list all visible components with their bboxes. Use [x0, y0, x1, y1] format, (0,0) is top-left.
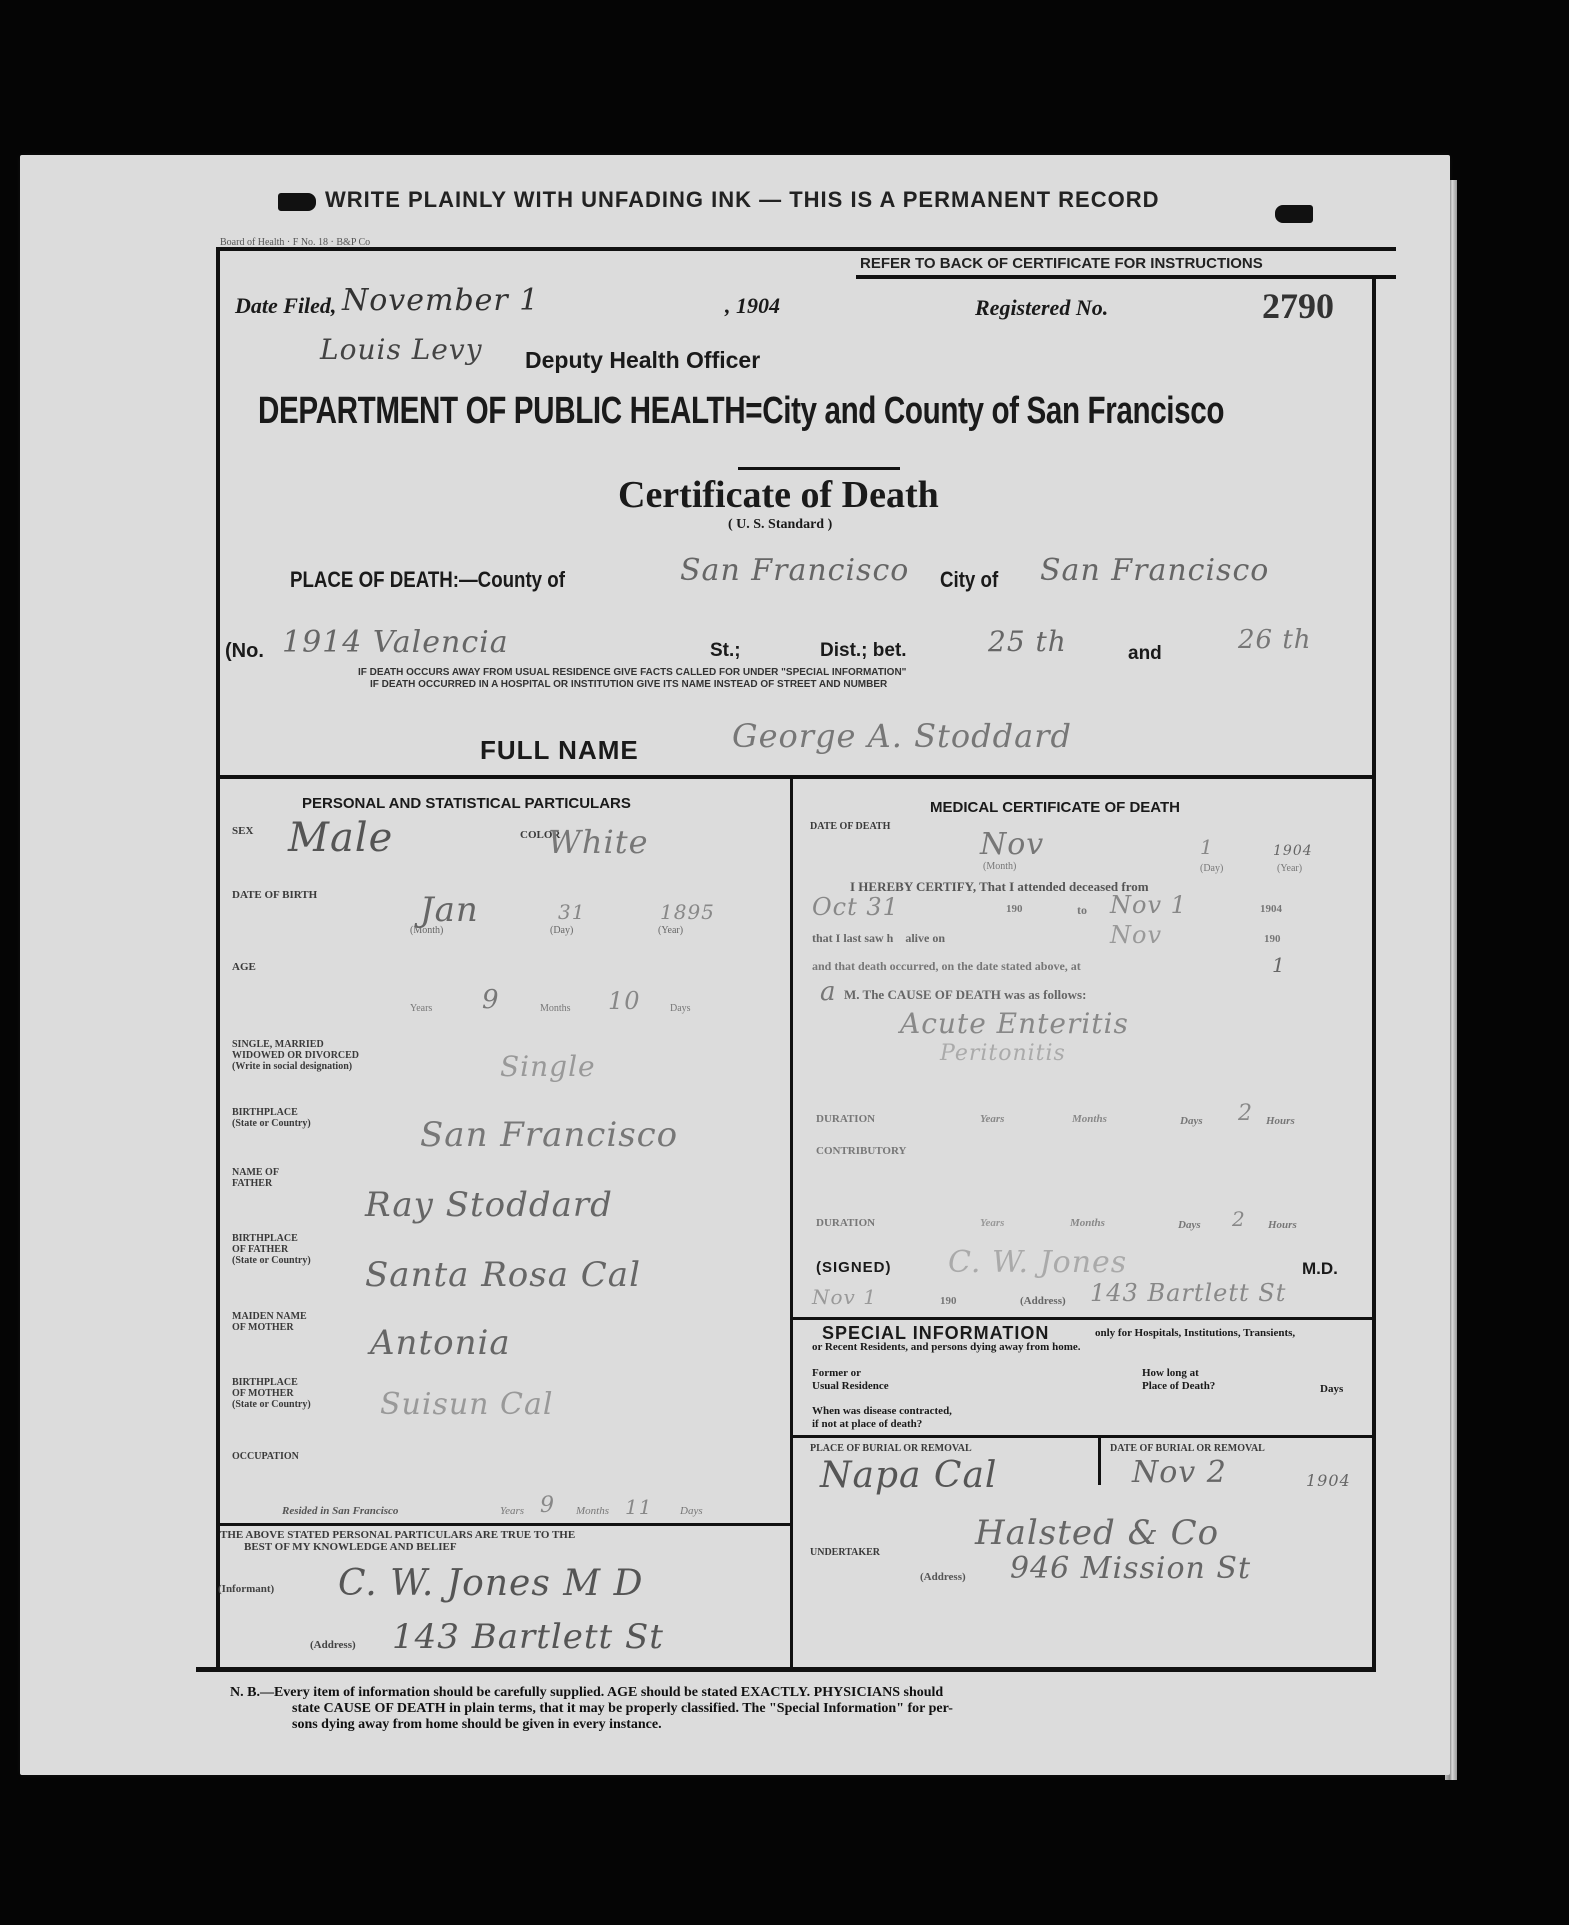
- department-name: DEPARTMENT OF PUBLIC HEALTH: [258, 390, 745, 432]
- mother-birthplace-label-line-1: BIRTHPLACE: [232, 1377, 311, 1388]
- place-note: IF DEATH OCCURS AWAY FROM USUAL RESIDENC…: [358, 667, 906, 691]
- father-birthplace-value: Santa Rosa Cal: [365, 1255, 641, 1295]
- father-name-label: NAME OF FATHER: [232, 1167, 279, 1189]
- burial-place-value: Napa Cal: [820, 1455, 997, 1496]
- former-residence-label-line-1: Former or: [812, 1367, 889, 1380]
- how-long-label-line-2: Place of Death?: [1142, 1380, 1215, 1393]
- date-filed-value: November 1: [342, 283, 539, 318]
- signed-value: C. W. Jones: [948, 1245, 1127, 1280]
- occupation-label: OCCUPATION: [232, 1451, 299, 1463]
- dod-month: Nov: [980, 827, 1044, 862]
- column-divider: [790, 777, 793, 1667]
- special-heading-note: only for Hospitals, Institutions, Transi…: [1095, 1327, 1295, 1339]
- occurred-text: and that death occurred, on the date sta…: [812, 959, 1081, 974]
- age-months-caption: Months: [540, 1003, 571, 1014]
- certificate-title: Certificate of Death: [618, 473, 939, 517]
- duration-label: DURATION: [816, 1113, 875, 1125]
- resided-label: Resided in San Francisco: [282, 1505, 398, 1517]
- resided-months-caption: Months: [576, 1505, 609, 1517]
- undertaker-value: Halsted & Co: [975, 1513, 1219, 1553]
- resided-months: 11: [625, 1495, 652, 1519]
- footer-note-line-2: state CAUSE OF DEATH in plain terms, tha…: [230, 1701, 953, 1717]
- county-value: San Francisco: [680, 553, 909, 588]
- city-label: City of: [940, 567, 998, 593]
- city-value: San Francisco: [1040, 553, 1269, 588]
- duration-months-caption: Months: [1072, 1113, 1107, 1125]
- attended-to: Nov 1: [1110, 891, 1187, 919]
- registered-number: 2790: [1262, 285, 1334, 327]
- dod-day-caption: (Day): [1200, 863, 1223, 874]
- last-saw-value: Nov: [1110, 921, 1162, 949]
- signed-address-label: (Address): [1020, 1295, 1066, 1307]
- duration-days-caption: Days: [1180, 1115, 1203, 1127]
- resided-years-caption: Years: [500, 1505, 524, 1517]
- signed-address-value: 143 Bartlett St: [1090, 1279, 1286, 1307]
- age-label: AGE: [232, 961, 256, 973]
- affirm-text: THE ABOVE STATED PERSONAL PARTICULARS AR…: [220, 1529, 575, 1553]
- duration-years-caption: Years: [980, 1113, 1004, 1125]
- medical-heading: MEDICAL CERTIFICATE OF DEATH: [930, 799, 1180, 816]
- contrib-days-caption: Days: [1178, 1219, 1201, 1231]
- between-street-2: 26 th: [1238, 625, 1312, 655]
- days-label: Days: [1320, 1383, 1343, 1395]
- mother-name-value: Antonia: [370, 1323, 511, 1363]
- father-birthplace-label: BIRTHPLACE OF FATHER (State or Country): [232, 1233, 311, 1266]
- undertaker-address-value: 946 Mission St: [1010, 1551, 1251, 1586]
- full-name-value: George A. Stoddard: [732, 717, 1072, 755]
- cause-text: M. The CAUSE OF DEATH was as follows:: [844, 987, 1086, 1003]
- date-filed-label: Date Filed,: [235, 293, 336, 319]
- death-certificate-page: WRITE PLAINLY WITH UNFADING INK — THIS I…: [20, 155, 1450, 1775]
- dob-label: DATE OF BIRTH: [232, 889, 317, 901]
- affirm-line-1: THE ABOVE STATED PERSONAL PARTICULARS AR…: [220, 1529, 575, 1541]
- last-saw-year: 190: [1264, 933, 1281, 945]
- frame-bottom: [196, 1667, 1376, 1672]
- burial-year-value: 1904: [1306, 1471, 1351, 1490]
- dod-label: DATE OF DEATH: [810, 821, 890, 833]
- between-street-1: 25 th: [988, 625, 1067, 658]
- registered-label: Registered No.: [975, 295, 1108, 321]
- md-label: M.D.: [1302, 1259, 1338, 1279]
- signed-label: (SIGNED): [816, 1259, 892, 1276]
- burial-place-label: PLACE OF BURIAL OR REMOVAL: [810, 1443, 972, 1455]
- father-name-value: Ray Stoddard: [365, 1185, 613, 1225]
- contrib-years-caption: Years: [980, 1217, 1004, 1229]
- color-value: White: [548, 823, 649, 861]
- dob-day: 31: [558, 900, 585, 924]
- title-divider: [738, 467, 900, 470]
- signed-year: 190: [940, 1295, 957, 1307]
- birthplace-label-line-1: BIRTHPLACE: [232, 1107, 311, 1118]
- time-value: 1: [1272, 953, 1286, 977]
- dob-year: 1895: [660, 900, 715, 924]
- date-filed-year: , 1904: [725, 293, 780, 319]
- birthplace-label-line-2: (State or Country): [232, 1118, 311, 1129]
- affirm-line-2: BEST OF MY KNOWLEDGE AND BELIEF: [220, 1541, 575, 1553]
- marital-label-line-2: WIDOWED OR DIVORCED: [232, 1050, 359, 1061]
- footer-note-line-1: N. B.—Every item of information should b…: [230, 1685, 953, 1701]
- frame-top-right: [856, 275, 1396, 279]
- special-divider: [792, 1317, 1374, 1320]
- dob-year-caption: (Year): [658, 925, 683, 936]
- burial-divider: [792, 1435, 1374, 1438]
- instructions-note: REFER TO BACK OF CERTIFICATE FOR INSTRUC…: [860, 255, 1263, 272]
- mother-birthplace-label: BIRTHPLACE OF MOTHER (State or Country): [232, 1377, 311, 1410]
- cause-primary: Acute Enteritis: [900, 1007, 1129, 1040]
- place-of-death-label: PLACE OF DEATH:—County of: [290, 567, 565, 593]
- section-divider: [216, 775, 1376, 779]
- contracted-label: When was disease contracted, if not at p…: [812, 1405, 952, 1431]
- sex-value: Male: [288, 815, 393, 861]
- footer-note: N. B.—Every item of information should b…: [230, 1685, 953, 1733]
- street-label: St.;: [710, 640, 741, 662]
- mother-name-label-line-1: MAIDEN NAME: [232, 1311, 307, 1322]
- marital-label: SINGLE, MARRIED WIDOWED OR DIVORCED (Wri…: [232, 1039, 359, 1072]
- duration-hours-caption: Hours: [1266, 1115, 1295, 1127]
- jurisdiction-name: City and County of San Francisco: [762, 390, 1224, 432]
- father-birthplace-label-line-3: (State or Country): [232, 1255, 311, 1266]
- mother-name-label: MAIDEN NAME OF MOTHER: [232, 1311, 307, 1333]
- informant-value: C. W. Jones M D: [338, 1563, 643, 1604]
- to-year: 1904: [1260, 903, 1282, 915]
- father-birthplace-label-line-2: OF FATHER: [232, 1244, 311, 1255]
- birthplace-value: San Francisco: [420, 1115, 678, 1155]
- certificate-subtitle: ( U. S. Standard ): [728, 517, 832, 533]
- dod-year-caption: (Year): [1277, 863, 1302, 874]
- footer-note-line-3: sons dying away from home should be give…: [230, 1717, 953, 1733]
- officer-signature: Louis Levy: [320, 333, 483, 366]
- age-days-caption: Days: [670, 1003, 691, 1014]
- resided-years: 9: [540, 1493, 555, 1518]
- former-residence-label: Former or Usual Residence: [812, 1367, 889, 1393]
- dob-day-caption: (Day): [550, 925, 573, 936]
- contributory-label: CONTRIBUTORY: [816, 1145, 906, 1157]
- ampm-value: a: [820, 977, 837, 1007]
- sex-label: SEX: [232, 825, 253, 837]
- dod-day: 1: [1200, 835, 1214, 859]
- informant-address-value: 143 Bartlett St: [392, 1617, 664, 1657]
- street-number-label: (No.: [225, 640, 264, 663]
- cause-secondary: Peritonitis: [940, 1041, 1066, 1066]
- signed-date: Nov 1: [812, 1285, 877, 1309]
- duration-days: 2: [1238, 1101, 1253, 1126]
- mother-birthplace-value: Suisun Cal: [380, 1387, 553, 1422]
- pointing-hand-icon-left: [278, 193, 316, 211]
- father-name-label-line-1: NAME OF: [232, 1167, 279, 1178]
- department-title: DEPARTMENT OF PUBLIC HEALTH=City and Cou…: [258, 390, 1224, 433]
- burial-date-value: Nov 2: [1132, 1455, 1227, 1490]
- and-label: and: [1128, 643, 1162, 665]
- undertaker-address-label: (Address): [920, 1571, 966, 1583]
- place-note-line-1: IF DEATH OCCURS AWAY FROM USUAL RESIDENC…: [358, 667, 906, 679]
- marital-value: Single: [500, 1050, 596, 1083]
- contracted-label-line-2: if not at place of death?: [812, 1418, 952, 1431]
- full-name-label: FULL NAME: [480, 735, 639, 766]
- to-label: to: [1077, 903, 1087, 918]
- frame-top: [216, 247, 1396, 251]
- banner-text: WRITE PLAINLY WITH UNFADING INK — THIS I…: [325, 187, 1160, 213]
- father-birthplace-label-line-1: BIRTHPLACE: [232, 1233, 311, 1244]
- contrib-duration-label: DURATION: [816, 1217, 875, 1229]
- burial-column-divider: [1098, 1437, 1101, 1485]
- informant-label: (Informant): [218, 1583, 274, 1595]
- mother-birthplace-label-line-2: OF MOTHER: [232, 1388, 311, 1399]
- special-heading-note-2: or Recent Residents, and persons dying a…: [812, 1341, 1081, 1353]
- contrib-duration-days: 2: [1232, 1207, 1246, 1231]
- dob-month: Jan: [420, 890, 479, 930]
- mother-birthplace-label-line-3: (State or Country): [232, 1399, 311, 1410]
- attended-from: Oct 31: [812, 893, 899, 921]
- marital-label-line-3: (Write in social designation): [232, 1061, 359, 1072]
- dod-year: 1904: [1273, 843, 1313, 859]
- officer-title: Deputy Health Officer: [525, 347, 760, 374]
- street-address-value: 1914 Valencia: [282, 625, 509, 660]
- contrib-months-caption: Months: [1070, 1217, 1105, 1229]
- contracted-label-line-1: When was disease contracted,: [812, 1405, 952, 1418]
- how-long-label: How long at Place of Death?: [1142, 1367, 1215, 1393]
- informant-address-label: (Address): [310, 1639, 356, 1651]
- age-years-caption: Years: [410, 1003, 432, 1014]
- how-long-label-line-1: How long at: [1142, 1367, 1215, 1380]
- burial-date-label: DATE of BURIAL or REMOVAL: [1110, 1443, 1265, 1455]
- birthplace-label: BIRTHPLACE (State or Country): [232, 1107, 311, 1129]
- marital-label-line-1: SINGLE, MARRIED: [232, 1039, 359, 1050]
- pointing-hand-icon-right: [1275, 205, 1313, 223]
- place-note-line-2: IF DEATH OCCURRED IN A HOSPITAL OR INSTI…: [358, 679, 906, 691]
- resided-days-caption: Days: [680, 1505, 703, 1517]
- district-label: Dist.; bet.: [820, 640, 907, 662]
- dob-month-caption: (Month): [410, 925, 443, 936]
- personal-heading: PERSONAL AND STATISTICAL PARTICULARS: [302, 795, 631, 812]
- father-name-label-line-2: FATHER: [232, 1178, 279, 1189]
- undertaker-label: UNDERTAKER: [810, 1547, 880, 1559]
- former-residence-label-line-2: Usual Residence: [812, 1380, 889, 1393]
- frame-right: [1372, 277, 1376, 1669]
- mother-name-label-line-2: OF MOTHER: [232, 1322, 307, 1333]
- contrib-hours-caption: Hours: [1268, 1219, 1297, 1231]
- equals-sign: =: [745, 390, 762, 432]
- age-months: 10: [608, 987, 641, 1015]
- affirm-divider: [216, 1523, 792, 1526]
- dod-month-caption: (Month): [983, 861, 1016, 872]
- frame-left: [216, 249, 220, 1669]
- last-saw-text: that I last saw h alive on: [812, 931, 945, 946]
- from-year: 190: [1006, 903, 1023, 915]
- age-years: 9: [482, 985, 500, 1015]
